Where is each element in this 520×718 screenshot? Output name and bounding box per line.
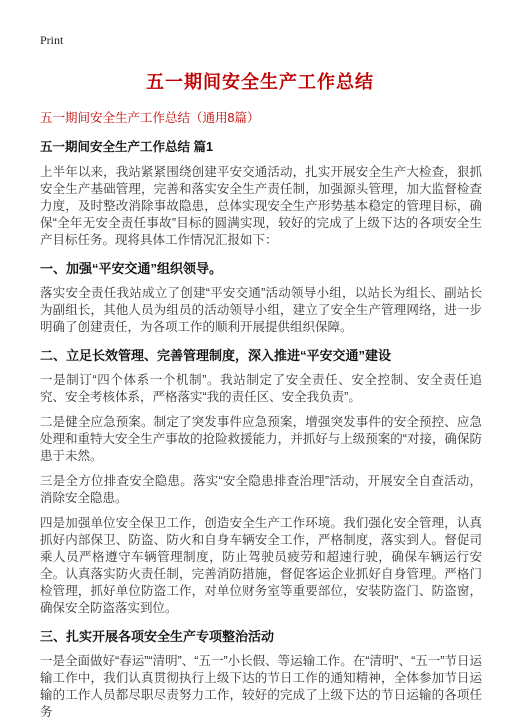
article-paragraph: 三是全方位排查安全隐患。落实“安全隐患排查治理”活动，开展安全自查活动，消除安全… (40, 473, 482, 507)
document-page: Print 五一期间安全生产工作总结 五一期间安全生产工作总结（通用8篇） 五一… (0, 0, 520, 718)
article-paragraph: 一是全面做好“春运”“清明”、“五一”小长假、等运输工作。在“清明”、“五一”节… (40, 653, 482, 718)
page-title: 五一期间安全生产工作总结 (40, 68, 480, 94)
article-section-heading: 一、加强“平安交通”组织领导。 (40, 260, 482, 277)
article-paragraph: 一是制订“四个体系一个机制”。我站制定了安全责任、安全控制、安全责任追究、安全考… (40, 372, 482, 406)
article-subtitle: 五一期间安全生产工作总结（通用8篇） (40, 108, 480, 126)
article-part-heading: 五一期间安全生产工作总结 篇1 (40, 139, 482, 156)
article-paragraph: 四是加强单位安全保卫工作，创造安全生产工作环境。我们强化安全管理，认真抓好内部保… (40, 515, 482, 617)
article-paragraph: 落实安全责任我站成立了创建“平安交通”活动领导小组，以站长为组长、副站长为副组长… (40, 285, 482, 336)
article-section-heading: 二、立足长效管理、完善管理制度，深入推进“平安交通”建设 (40, 347, 482, 364)
article-body: 五一期间安全生产工作总结 篇1 上半年以来，我站紧紧围绕创建平安交通活动，扎实开… (40, 139, 482, 718)
article-section-heading: 三、扎实开展各项安全生产专项整治活动 (40, 628, 482, 645)
print-link[interactable]: Print (40, 33, 63, 48)
article-paragraph: 二是健全应急预案。制定了突发事件应急预案，增强突发事件的安全预控、应急处理和重特… (40, 414, 482, 465)
article-paragraph: 上半年以来，我站紧紧围绕创建平安交通活动，扎实开展安全生产大检查，狠抓安全生产基… (40, 164, 482, 249)
